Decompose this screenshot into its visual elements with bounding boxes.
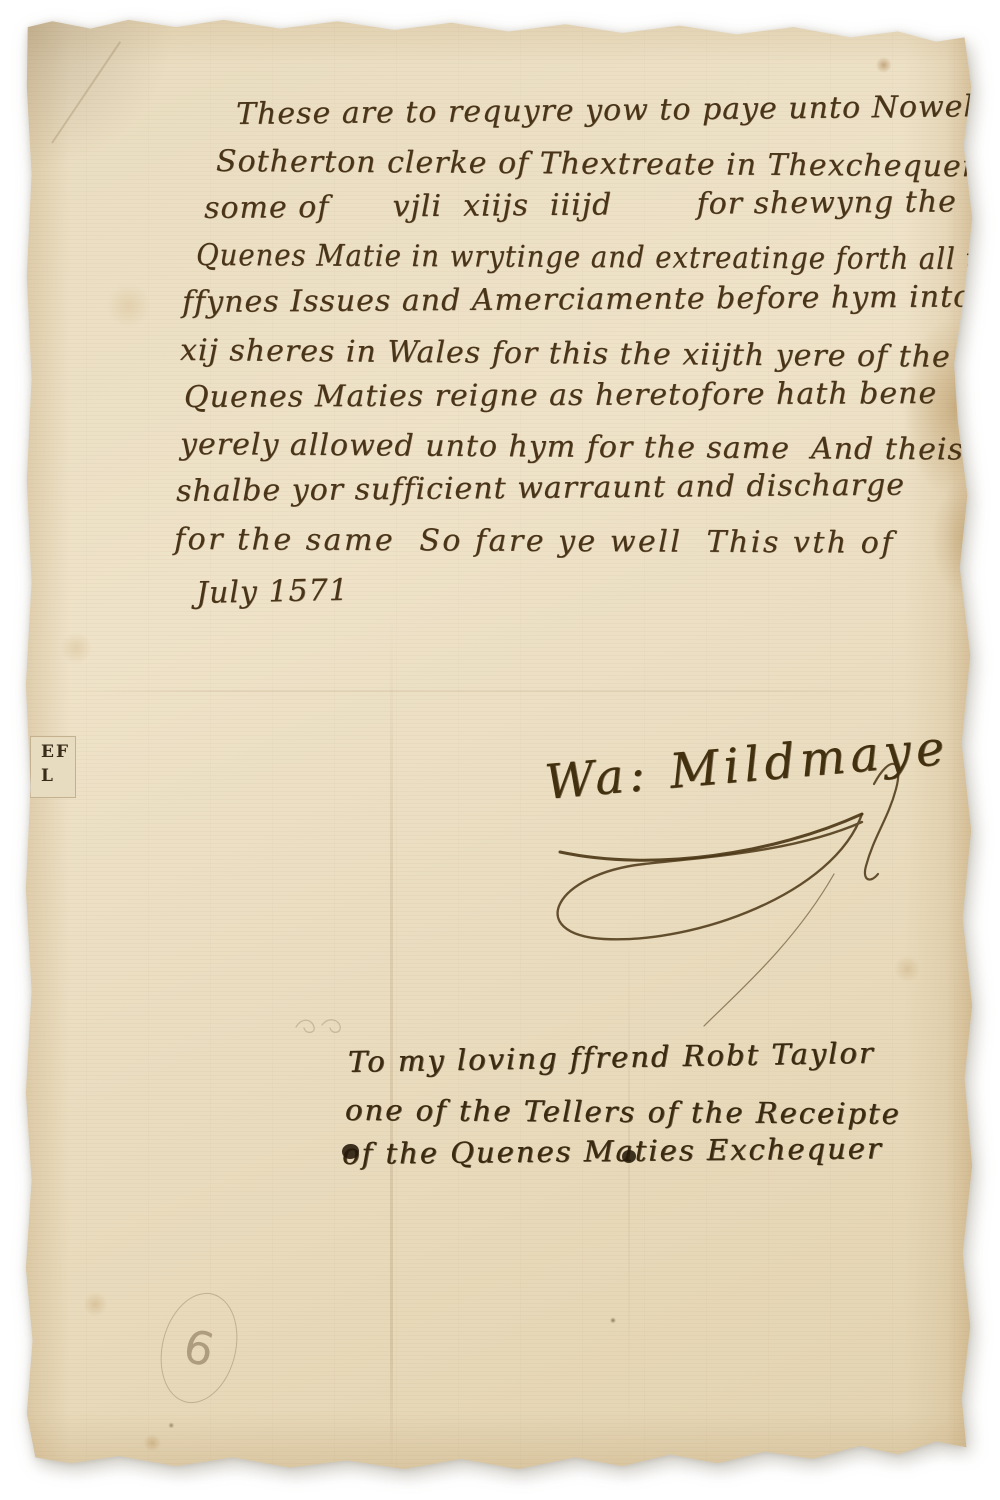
date-line: July 1571	[196, 576, 349, 609]
manuscript-line: Sotherton clerke of Thextreate in Thexch…	[216, 147, 1000, 183]
pencil-number-digit: 6	[178, 1318, 219, 1377]
shelfmark-label: EF L	[30, 736, 76, 798]
photograph-background: These are to requyre yow to paye unto No…	[0, 0, 1000, 1500]
address-line: of the Quenes Maties Exchequer	[342, 1134, 883, 1169]
manuscript-line: Quenes Maties reigne as heretofore hath …	[184, 379, 937, 413]
manuscript-line: These are to requyre yow to paye unto No…	[236, 92, 985, 130]
pencil-number: 6	[150, 1285, 249, 1412]
pencil-scribble	[292, 1009, 362, 1039]
manuscript-line: Quenes Matie in wrytinge and extreatinge…	[196, 241, 1000, 275]
manuscript-line: shalbe yor sufficient warraunt and disch…	[176, 471, 905, 507]
manuscript-line: for the same So fare ye well This vth of	[174, 525, 895, 559]
address-line: one of the Tellers of the Receipte	[345, 1096, 901, 1129]
horizontal-fold-crease	[44, 690, 954, 692]
corner-crease	[51, 41, 121, 143]
address-line: To my loving ffrend Robt Taylor	[348, 1039, 875, 1077]
manuscript-line: some of vjli xiijs iiijd for shewyng the	[204, 187, 957, 224]
shelfmark-line: L	[41, 765, 75, 789]
vertical-fold-crease	[390, 614, 393, 1472]
manuscript-line: ffynes Issues and Amerciamente before hy…	[182, 282, 1000, 318]
manuscript-line: yerely allowed unto hym for the same And…	[180, 430, 983, 466]
vertical-fold-crease	[628, 914, 630, 1472]
signature: Wa: Mildmaye	[543, 720, 952, 811]
manuscript-line: xij sheres in Wales for this the xiijth …	[180, 336, 951, 373]
paper-shadow-wrap: These are to requyre yow to paye unto No…	[0, 0, 1000, 1500]
manuscript-page: These are to requyre yow to paye unto No…	[24, 14, 974, 1472]
shelfmark-line: EF	[41, 741, 75, 765]
